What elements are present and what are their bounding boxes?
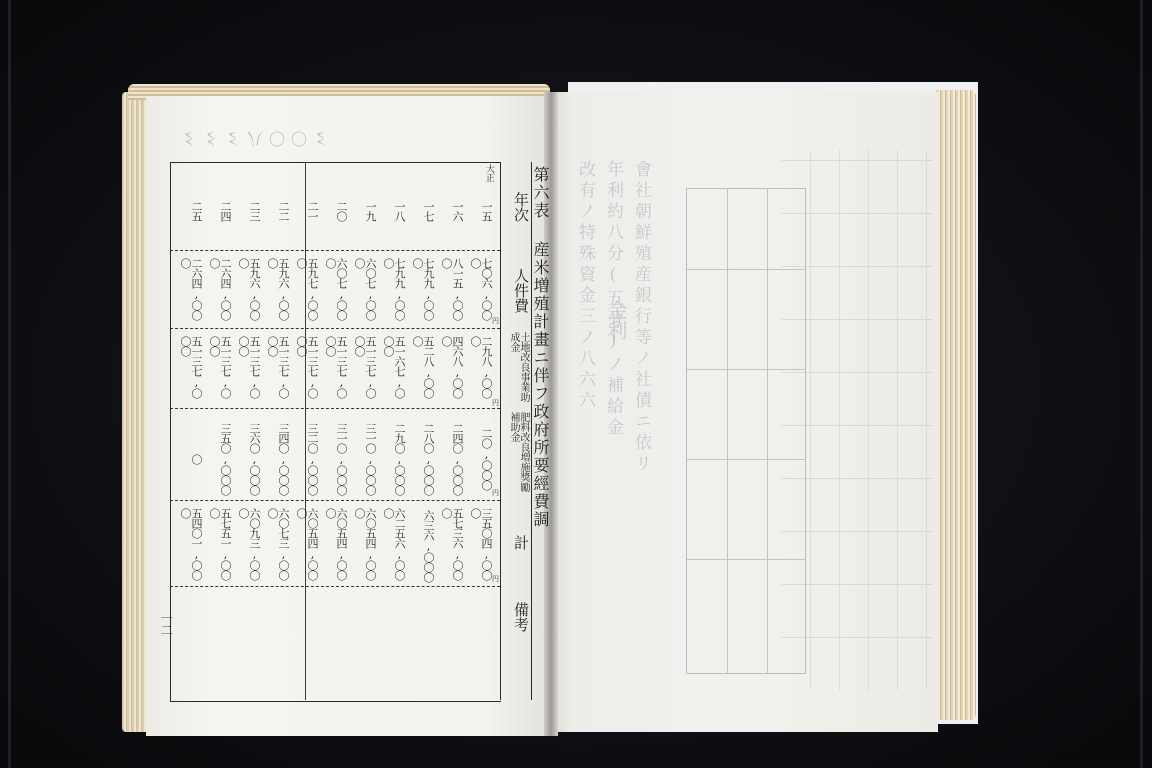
cell-year: 二〇	[325, 176, 347, 246]
frame-edge-left	[8, 0, 11, 768]
divider	[170, 500, 500, 501]
cell-year: 二五	[180, 176, 202, 246]
margin-scribble: 〻〇〇八〻〻〻	[175, 128, 329, 151]
header-personnel: 人件費	[504, 258, 528, 322]
header-remarks: 備考	[504, 602, 528, 692]
unit-marker: 円	[492, 316, 499, 326]
cell-personnel: 六〇七,〇〇〇	[354, 258, 376, 324]
header-year: 年次	[504, 172, 528, 242]
cell-personnel: 七九九,〇〇〇	[412, 258, 434, 324]
cell-total: 六〇五四,〇〇〇	[325, 508, 347, 584]
cell-fertilizer-subsidy: 二四〇,〇〇〇	[441, 420, 463, 498]
cell-personnel: 五九六,〇〇〇	[238, 258, 260, 324]
cell-personnel: 八一五,〇〇〇	[441, 258, 463, 324]
cell-personnel: 六〇七,〇〇〇	[325, 258, 347, 324]
cell-year: 二四	[209, 176, 231, 246]
cell-total: 五四〇一,〇〇〇	[180, 508, 202, 584]
header-column: 年次 人件費 土地改良事業助成金 肥料改良増施獎勵補助金 計 備考	[500, 162, 532, 700]
expense-table: 年次 人件費 土地改良事業助成金 肥料改良増施獎勵補助金 計 備考 第六表 産米…	[170, 162, 550, 700]
cell-fertilizer-subsidy: 〇	[180, 420, 202, 498]
cell-year: 一八	[383, 176, 405, 246]
cell-land-subsidy: 五一三七,〇〇〇	[325, 336, 347, 406]
cell-land-subsidy: 五一三七,〇〇〇	[209, 336, 231, 406]
table-title: 第六表 産米増殖計畫ニ伴フ政府所要經費調	[532, 166, 548, 529]
ghost-line: 改有ノ特殊資金三ノ八六六	[576, 160, 593, 412]
unit-marker: 円	[492, 488, 499, 498]
header-land-subsidy: 土地改良事業助成金	[504, 332, 528, 406]
cell-total: 五七三六,〇〇〇	[441, 508, 463, 584]
divider	[170, 586, 500, 587]
cell-year: 二三	[238, 176, 260, 246]
cell-personnel: 七〇六,〇〇〇	[470, 258, 492, 324]
cell-total: 三五〇四,〇〇〇	[470, 508, 492, 584]
page-number: 一二	[160, 612, 172, 636]
cell-personnel: 五九七,〇〇〇	[296, 258, 318, 324]
cell-land-subsidy: 五一三七,〇〇〇	[238, 336, 260, 406]
cell-fertilizer-subsidy: 三二〇,〇〇〇	[296, 420, 318, 498]
cell-total: 六〇五四,〇〇〇	[296, 508, 318, 584]
cell-year: 二二	[267, 176, 289, 246]
cell-total: 六三六,〇〇〇	[412, 508, 434, 584]
cell-personnel: 七九九,〇〇〇	[383, 258, 405, 324]
book-right-edges	[936, 90, 976, 720]
unit-marker: 円	[492, 574, 499, 584]
cell-land-subsidy: 五一三七,〇〇〇	[180, 336, 202, 406]
header-total: 計	[504, 512, 528, 572]
cell-land-subsidy: 五二八,〇〇〇	[412, 336, 434, 406]
cell-fertilizer-subsidy: 二〇,〇〇〇	[470, 420, 492, 498]
ghost-line: 會社朝鮮殖産銀行等ノ社債ニ依リ	[632, 160, 649, 475]
header-fertilizer-subsidy: 肥料改良増施獎勵補助金	[504, 412, 528, 496]
cell-fertilizer-subsidy: 三四〇,〇〇〇	[267, 420, 289, 498]
cell-land-subsidy: 五一六七,〇〇〇	[383, 336, 405, 406]
divider	[170, 408, 500, 409]
right-page-ghost-table	[686, 188, 806, 674]
cell-fertilizer-subsidy: 三五〇,〇〇〇	[209, 420, 231, 498]
divider	[170, 328, 500, 329]
cell-fertilizer-subsidy: 三一〇,〇〇〇	[354, 420, 376, 498]
frame-edge-right	[1140, 0, 1143, 768]
cell-total: 六二五六,〇〇〇	[383, 508, 405, 584]
cell-fertilizer-subsidy: 二九〇,〇〇〇	[383, 420, 405, 498]
cell-personnel: 五九六,〇〇〇	[267, 258, 289, 324]
cell-year: 一六	[441, 176, 463, 246]
cell-total: 六〇七三,〇〇〇	[267, 508, 289, 584]
cell-total: 六〇九三,〇〇〇	[238, 508, 260, 584]
cell-land-subsidy: 五一三七,〇〇〇	[267, 336, 289, 406]
cell-fertilizer-subsidy: 二八〇,〇〇〇	[412, 420, 434, 498]
cell-year: 一五	[470, 176, 492, 246]
cell-fertilizer-subsidy: 三一〇,〇〇〇	[325, 420, 347, 498]
cell-total: 五七五一,〇〇〇	[209, 508, 231, 584]
cell-personnel: 二六四,〇〇〇	[180, 258, 202, 324]
cell-land-subsidy: 二九八,〇〇〇	[470, 336, 492, 406]
cell-fertilizer-subsidy: 三六〇,〇〇〇	[238, 420, 260, 498]
divider	[170, 250, 500, 251]
unit-marker: 円	[492, 398, 499, 408]
cell-total: 六〇五四,〇〇〇	[354, 508, 376, 584]
cell-land-subsidy: 五一三七,〇〇〇	[354, 336, 376, 406]
cell-land-subsidy: 五一三七,〇〇〇	[296, 336, 318, 406]
cell-year: 二一	[296, 176, 318, 246]
cell-year: 一七	[412, 176, 434, 246]
cell-land-subsidy: 四六八,〇〇〇	[441, 336, 463, 406]
table-title-column: 第六表 産米増殖計畫ニ伴フ政府所要經費調	[530, 162, 554, 700]
cell-year: 一九	[354, 176, 376, 246]
ghost-line: 年利約八分(五分)ノ補給金	[604, 160, 621, 439]
cell-personnel: 二六四,〇〇〇	[209, 258, 231, 324]
